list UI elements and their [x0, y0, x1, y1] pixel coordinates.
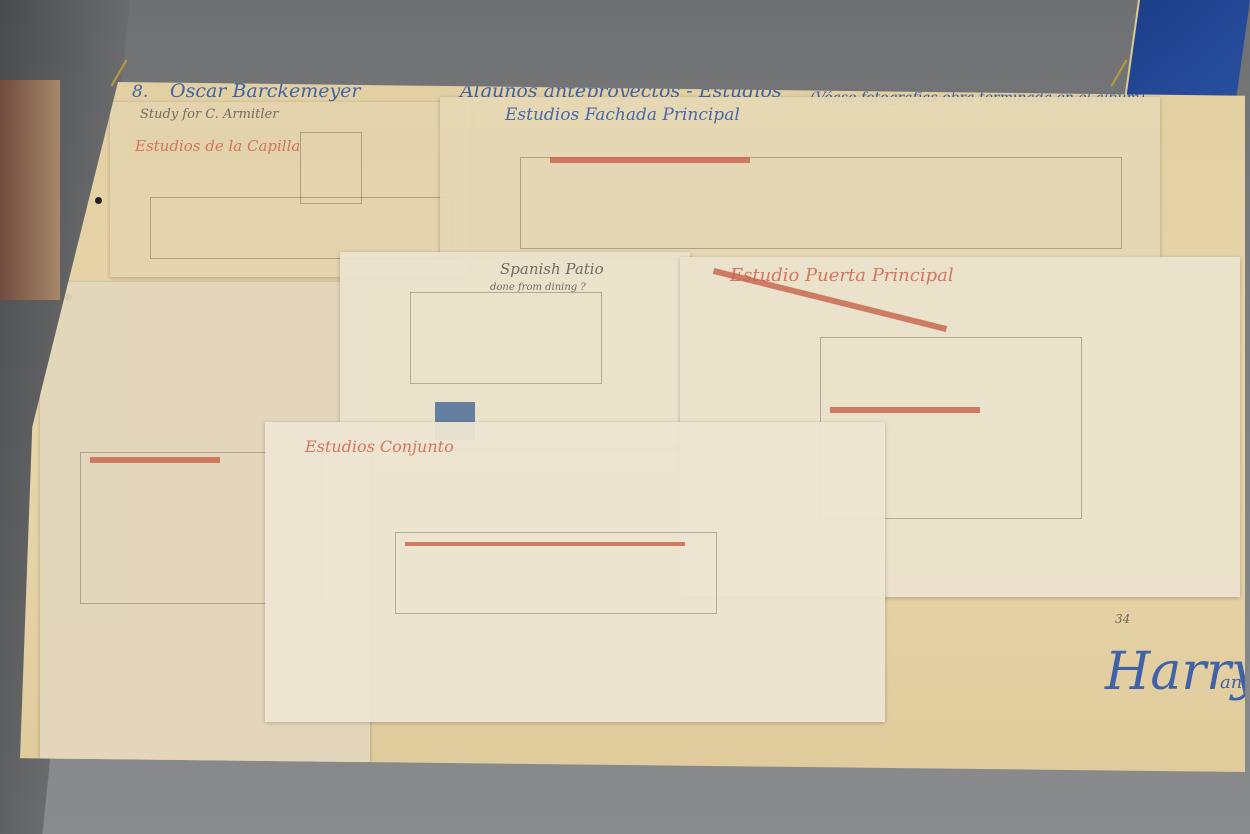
- pin: [1111, 60, 1128, 87]
- sheet-chapel: Study for C. Armitler Estudios de la Cap…: [110, 102, 470, 277]
- sheet-sublabel: Estudios de la Capilla: [135, 137, 300, 155]
- adjacent-drawing: [0, 80, 60, 300]
- sheet-label: Study for C. Armitler: [140, 107, 278, 122]
- drawing-board: 8. Oscar Barckemeyer Algunos anteproyect…: [20, 82, 1245, 772]
- sheet-ensemble: Estudios Conjunto: [265, 422, 885, 722]
- sheet-label: Estudios Fachada Principal: [505, 105, 740, 125]
- header-number: 8.: [132, 82, 148, 102]
- roof-line: [830, 407, 980, 413]
- building-sketch: [150, 197, 452, 259]
- roof-line: [405, 542, 685, 546]
- punch-hole: [95, 197, 102, 204]
- signature-suffix: and: [1220, 672, 1250, 693]
- sheet-label: Estudios Conjunto: [305, 437, 454, 456]
- sheet-label: Spanish Patio: [500, 260, 604, 278]
- page-number: 34: [1115, 612, 1130, 626]
- tower-sketch: [300, 132, 362, 204]
- sheet-patio: Spanish Patio done from dining ?: [340, 252, 690, 447]
- header-architect: Oscar Barckemeyer: [170, 80, 361, 102]
- facade-sketch: [520, 157, 1122, 249]
- sheet-facade: Estudios Fachada Principal: [440, 97, 1160, 257]
- roof-line: [90, 457, 220, 463]
- patio-sketch: [410, 292, 602, 384]
- roof-line: [550, 157, 750, 163]
